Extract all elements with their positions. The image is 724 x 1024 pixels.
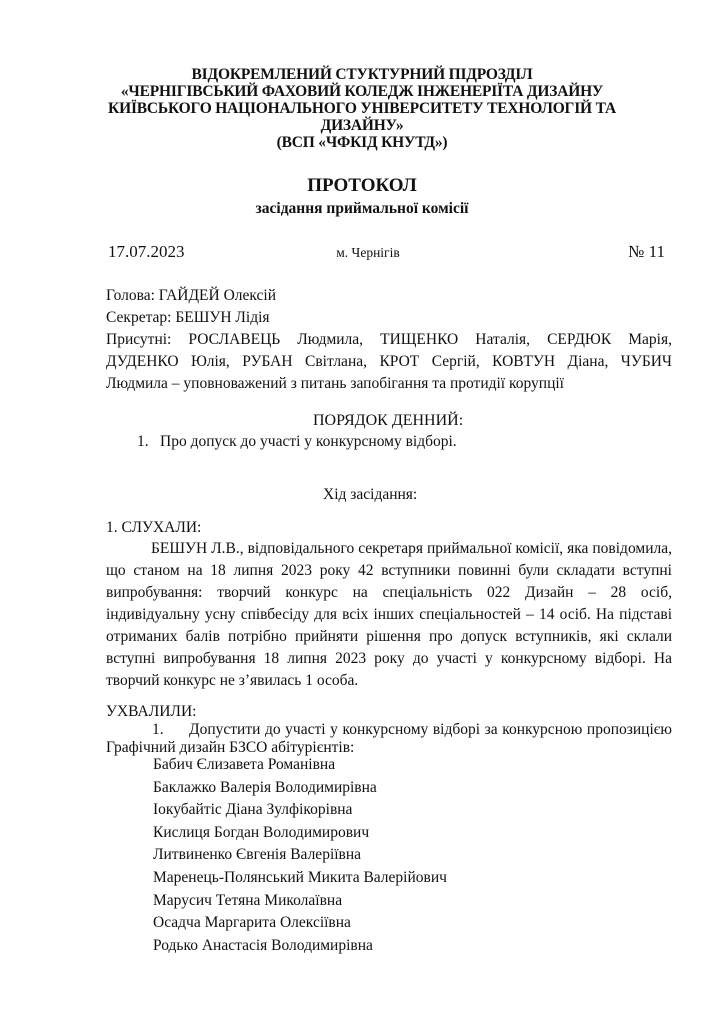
attendees-line: Присутні: РОСЛАВЕЦЬ Людмила, ТИЩЕНКО Нат…: [106, 329, 672, 351]
document-page: ВІДОКРЕМЛЕНИЙ СТУКТУРНИЙ ПІДРОЗДІЛ «ЧЕРН…: [0, 0, 724, 1024]
heard-line: індивідуальну усну співбесіду для всіх і…: [106, 604, 672, 626]
student-name: Бабич Єлизавета Романівна: [153, 754, 447, 777]
chairperson: Голова: ГАЙДЕЙ Олексій: [106, 285, 276, 307]
agenda-item-number: 1.: [137, 431, 149, 453]
attendees-present: Присутні: РОСЛАВЕЦЬ Людмила, ТИЩЕНКО Нат…: [106, 329, 672, 395]
student-name: Маренець-Полянський Микита Валерійович: [153, 867, 447, 890]
org-name-line-1: ВІДОКРЕМЛЕНИЙ СТУКТУРНИЙ ПІДРОЗДІЛ: [0, 66, 724, 83]
meeting-city: м. Чернігів: [0, 245, 724, 261]
protocol-number: № 11: [628, 242, 665, 262]
org-abbreviation: (ВСП «ЧФКІД КНУТД»): [0, 134, 724, 151]
protocol-title: ПРОТОКОЛ: [0, 175, 724, 197]
student-name: Осадча Маргарита Олексіївна: [153, 912, 447, 935]
heard-line: отриманих балів потрібно прийняти рішенн…: [106, 626, 672, 648]
heard-line: випробування: творчий конкурс на спеціал…: [106, 582, 672, 604]
proceedings-title: Хід засідання:: [323, 484, 417, 506]
protocol-subtitle: засідання приймальної комісії: [0, 200, 724, 218]
heard-line: творчий конкурс не з’явилась 1 особа.: [106, 670, 672, 692]
student-name: Кислиця Богдан Володимирович: [153, 822, 447, 845]
student-name: Іокубайтіс Діана Зулфікорівна: [153, 799, 447, 822]
heard-report: БЕШУН Л.В., відповідального секретаря пр…: [106, 538, 672, 692]
org-name-line-4: ДИЗАЙНУ»: [0, 117, 724, 134]
heard-line: що станом на 18 липня 2023 року 42 вступ…: [106, 560, 672, 582]
student-name: Родько Анастасія Володимирівна: [153, 935, 447, 958]
admitted-students-list: Бабич Єлизавета Романівна Баклажко Валер…: [153, 754, 447, 957]
heard-title: 1. СЛУХАЛИ:: [106, 517, 201, 539]
agenda-title: ПОРЯДОК ДЕННИЙ:: [313, 410, 463, 432]
secretary: Секретар: БЕШУН Лідія: [106, 307, 270, 329]
student-name: Литвиненко Євгенія Валеріївна: [153, 844, 447, 867]
attendees-line: Людмила – уповноважений з питань запобіг…: [106, 373, 672, 395]
heard-line: БЕШУН Л.В., відповідального секретаря пр…: [106, 538, 672, 560]
heard-line: вступні випробування 18 липня 2023 року …: [106, 648, 672, 670]
attendees-line: ДУДЕНКО Юлія, РУБАН Світлана, КРОТ Сергі…: [106, 351, 672, 373]
org-name-line-3: КИЇВСЬКОГО НАЦІОНАЛЬНОГО УНІВЕРСИТЕТУ ТЕ…: [0, 100, 724, 117]
org-name-line-2: «ЧЕРНІГІВСЬКИЙ ФАХОВИЙ КОЛЕДЖ ІНЖЕНЕРІЇТ…: [0, 83, 724, 100]
agenda-item-text: Про допуск до участі у конкурсному відбо…: [160, 431, 457, 453]
student-name: Баклажко Валерія Володимирівна: [153, 777, 447, 800]
student-name: Марусич Тетяна Миколаївна: [153, 890, 447, 913]
